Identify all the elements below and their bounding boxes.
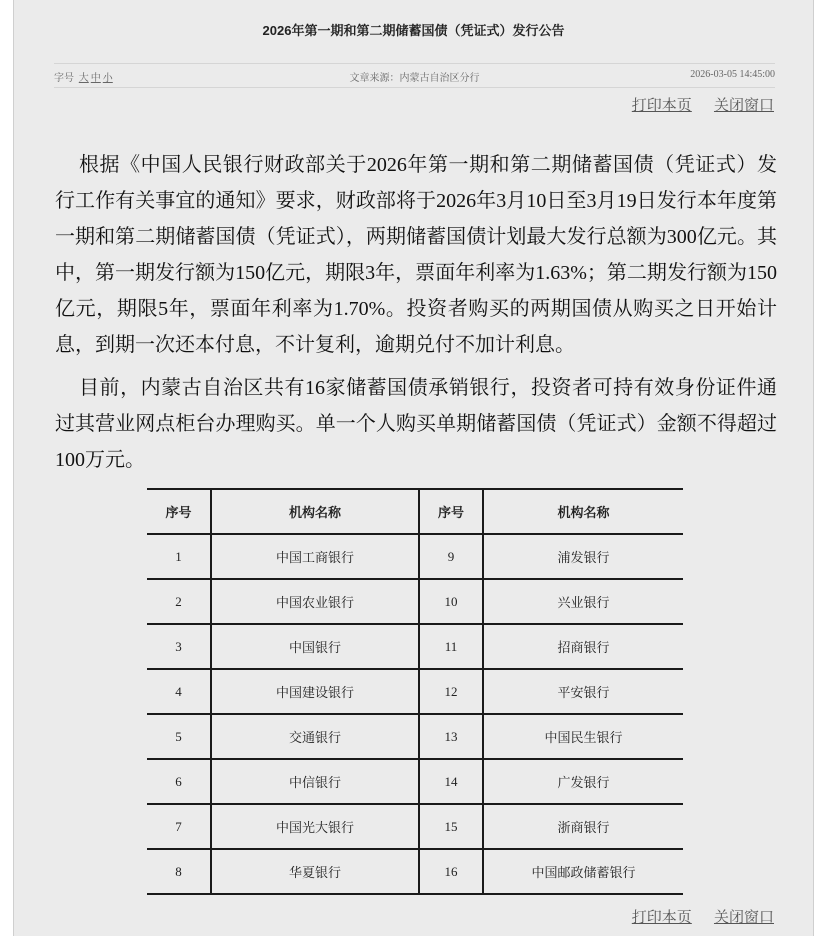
- row-index: 5: [147, 714, 211, 759]
- table-row: 4 中国建设银行 12 平安银行: [147, 669, 683, 714]
- bank-name: 交通银行: [211, 714, 419, 759]
- row-index: 8: [147, 849, 211, 894]
- bank-name: 中国银行: [211, 624, 419, 669]
- bank-name: 中国民生银行: [483, 714, 683, 759]
- bank-name: 招商银行: [483, 624, 683, 669]
- table-row: 5 交通银行 13 中国民生银行: [147, 714, 683, 759]
- article-date: 2026-03-05 14:45:00: [690, 69, 775, 80]
- bank-name: 兴业银行: [483, 579, 683, 624]
- table-row: 8 华夏银行 16 中国邮政储蓄银行: [147, 849, 683, 894]
- bank-name: 中国工商银行: [211, 534, 419, 579]
- bank-name: 广发银行: [483, 759, 683, 804]
- table-row: 6 中信银行 14 广发银行: [147, 759, 683, 804]
- row-index: 10: [419, 579, 483, 624]
- table-row: 1 中国工商银行 9 浦发银行: [147, 534, 683, 579]
- bank-name: 平安银行: [483, 669, 683, 714]
- article-title: 2026年第一期和第二期储蓄国债（凭证式）发行公告: [14, 20, 813, 39]
- header-index-right: 序号: [419, 489, 483, 534]
- table-row: 3 中国银行 11 招商银行: [147, 624, 683, 669]
- bottom-actions: 打印本页 关闭窗口: [614, 906, 774, 927]
- row-index: 6: [147, 759, 211, 804]
- close-window-link[interactable]: 关闭窗口: [714, 97, 774, 114]
- paragraph-underwriters: 目前，内蒙古自治区共有16家储蓄国债承销银行，投资者可持有效身份证件通过其营业网…: [55, 370, 777, 478]
- bank-name: 中国农业银行: [211, 579, 419, 624]
- table-row: 7 中国光大银行 15 浙商银行: [147, 804, 683, 849]
- row-index: 12: [419, 669, 483, 714]
- row-index: 11: [419, 624, 483, 669]
- article-body: 根据《中国人民银行财政部关于2026年第一期和第二期储蓄国债（凭证式）发行工作有…: [55, 147, 777, 485]
- bank-name: 华夏银行: [211, 849, 419, 894]
- close-window-link-bottom[interactable]: 关闭窗口: [714, 909, 774, 926]
- header-name-right: 机构名称: [483, 489, 683, 534]
- bank-name: 中信银行: [211, 759, 419, 804]
- article-meta-bar: 字号 大中小 文章来源：内蒙古自治区分行 2026-03-05 14:45:00: [54, 63, 775, 88]
- table-header-row: 序号 机构名称 序号 机构名称: [147, 489, 683, 534]
- row-index: 13: [419, 714, 483, 759]
- bank-name: 中国邮政储蓄银行: [483, 849, 683, 894]
- row-index: 9: [419, 534, 483, 579]
- bank-name: 中国光大银行: [211, 804, 419, 849]
- print-page-link-bottom[interactable]: 打印本页: [632, 909, 692, 926]
- bank-name: 浙商银行: [483, 804, 683, 849]
- paragraph-issuance: 根据《中国人民银行财政部关于2026年第一期和第二期储蓄国债（凭证式）发行工作有…: [55, 147, 777, 363]
- article-panel: 2026年第一期和第二期储蓄国债（凭证式）发行公告 字号 大中小 文章来源：内蒙…: [13, 0, 814, 936]
- row-index: 1: [147, 534, 211, 579]
- row-index: 3: [147, 624, 211, 669]
- article-source: 文章来源：内蒙古自治区分行: [54, 69, 775, 84]
- row-index: 4: [147, 669, 211, 714]
- row-index: 14: [419, 759, 483, 804]
- underwriter-banks-table: 序号 机构名称 序号 机构名称 1 中国工商银行 9 浦发银行 2 中国农业银行…: [147, 488, 683, 895]
- row-index: 7: [147, 804, 211, 849]
- header-name-left: 机构名称: [211, 489, 419, 534]
- header-index-left: 序号: [147, 489, 211, 534]
- print-page-link[interactable]: 打印本页: [632, 97, 692, 114]
- row-index: 16: [419, 849, 483, 894]
- bank-name: 浦发银行: [483, 534, 683, 579]
- top-actions: 打印本页 关闭窗口: [614, 94, 774, 115]
- bank-name: 中国建设银行: [211, 669, 419, 714]
- row-index: 15: [419, 804, 483, 849]
- row-index: 2: [147, 579, 211, 624]
- table-row: 2 中国农业银行 10 兴业银行: [147, 579, 683, 624]
